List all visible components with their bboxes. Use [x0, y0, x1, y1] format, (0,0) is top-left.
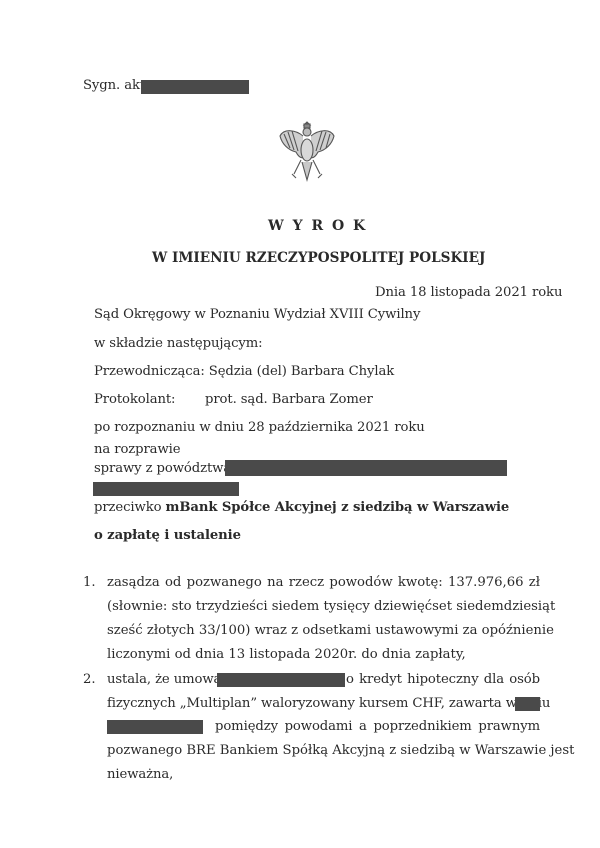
redacted-case-number	[141, 80, 249, 94]
hearing-date: po rozpoznaniu w dniu 28 października 20…	[94, 420, 425, 435]
composition-label: w składzie następującym:	[94, 336, 262, 351]
ruling-1-number: 1.	[83, 575, 96, 590]
judgment-date: Dnia 18 listopada 2021 roku	[375, 285, 562, 300]
ruling-1-line: zasądza od pozwanego na rzecz powodów kw…	[107, 575, 540, 590]
ruling-2-line2: fizycznych „Multiplan” waloryzowany kurs…	[107, 696, 550, 711]
redacted-claimant-line1	[225, 460, 507, 476]
claim-label: sprawy z powództwa	[94, 461, 231, 476]
presiding-judge: Przewodnicząca: Sędzia (del) Barbara Chy…	[94, 364, 394, 379]
ruling-2-line4: pozwanego BRE Bankiem Spółką Akcyjną z s…	[107, 743, 540, 758]
clerk-label: Protokolant:	[94, 392, 175, 407]
ruling-1-line: sześć złotych 33/100) wraz z odsetkami u…	[107, 623, 540, 638]
redacted-contract-number	[217, 673, 345, 687]
session-type: na rozprawie	[94, 442, 180, 457]
case-subject: o zapłatę i ustalenie	[94, 528, 241, 543]
ruling-2-line5: nieważna,	[107, 767, 173, 782]
ruling-1-line: liczonymi od dnia 13 listopada 2020r. do…	[107, 647, 540, 662]
ruling-1-line: (słownie: sto trzydzieści siedem tysięcy…	[107, 599, 540, 614]
ruling-2-line1a: ustala, że umowa	[107, 672, 221, 687]
against-label: przeciwko	[94, 500, 161, 515]
judgment-subtitle: W IMIENIU RZECZYPOSPOLITEJ POLSKIEJ	[152, 250, 485, 266]
redacted-date-part1	[515, 697, 540, 711]
court-name: Sąd Okręgowy w Poznaniu Wydział XVIII Cy…	[94, 307, 420, 322]
judgment-title: W Y R O K	[268, 218, 367, 234]
redacted-claimant-line2	[93, 482, 239, 496]
redacted-date-part2	[107, 720, 203, 734]
defendant-name: mBank Spółce Akcyjnej z siedzibą w Warsz…	[166, 500, 510, 515]
clerk-name: prot. sąd. Barbara Zomer	[205, 392, 373, 407]
case-reference-label: Sygn. akt	[83, 78, 145, 93]
defendant-line: przeciwko mBank Spółce Akcyjnej z siedzi…	[94, 500, 509, 515]
ruling-2-line3: pomiędzy powodami a poprzednikiem prawny…	[215, 719, 540, 734]
ruling-2-line1b: o kredyt hipoteczny dla osób	[346, 672, 540, 687]
polish-eagle-emblem-icon	[276, 118, 338, 184]
ruling-2-number: 2.	[83, 672, 96, 687]
